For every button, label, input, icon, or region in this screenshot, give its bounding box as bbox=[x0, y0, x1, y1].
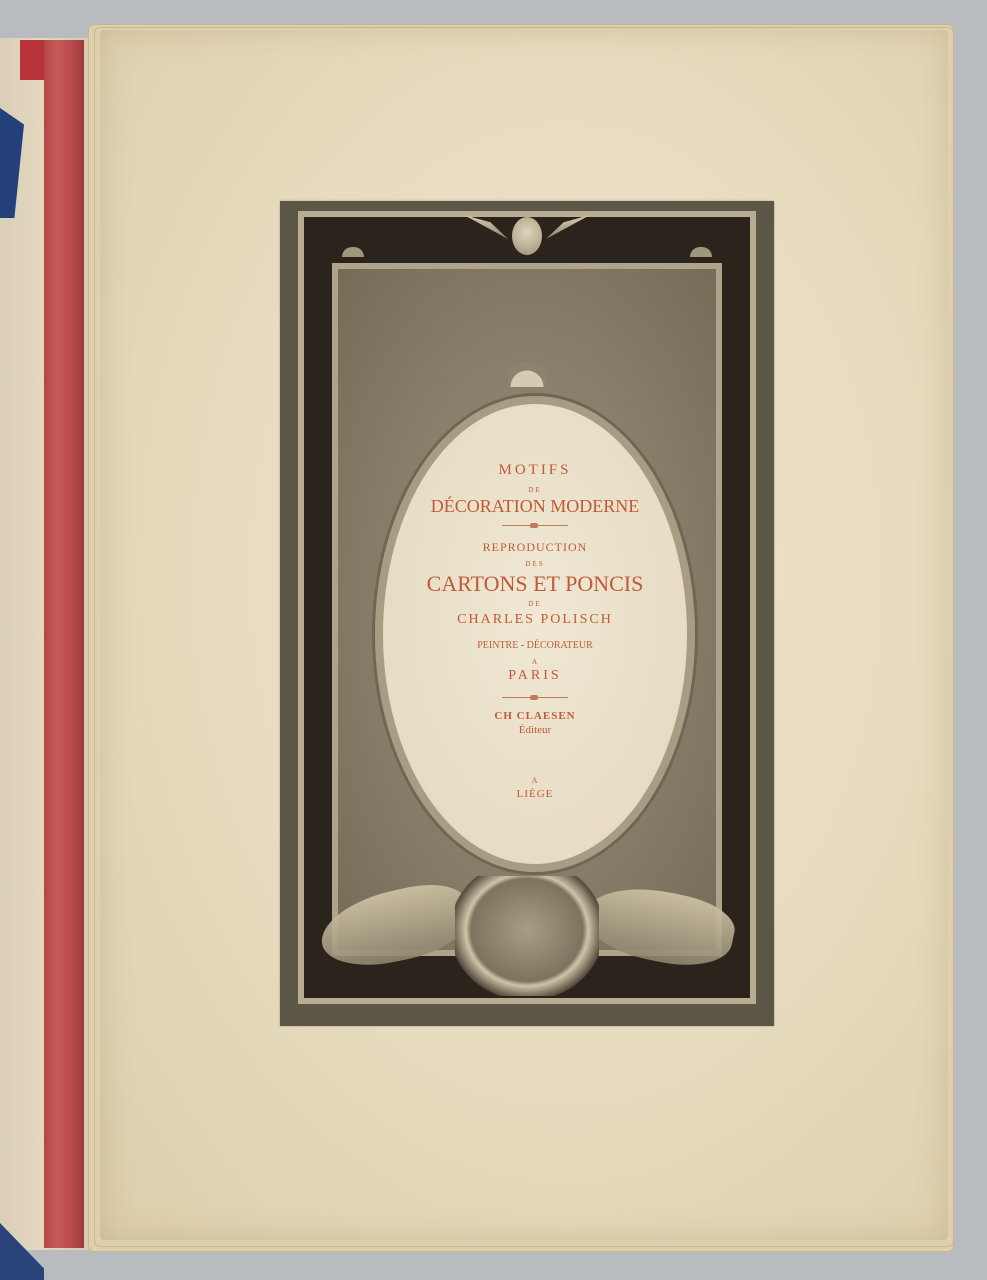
city-liege: LIÈGE bbox=[383, 788, 687, 800]
publisher-role: Éditeur bbox=[383, 724, 687, 736]
divider-rule-2 bbox=[502, 697, 568, 698]
title-oval: MOTIFS DE DÉCORATION MODERNE REPRODUCTIO… bbox=[375, 396, 695, 872]
divider-rule bbox=[502, 525, 568, 526]
author-profession: PEINTRE - DÉCORATEUR bbox=[383, 640, 687, 651]
city-paris: PARIS bbox=[383, 668, 687, 684]
title-text-block: MOTIFS DE DÉCORATION MODERNE REPRODUCTIO… bbox=[383, 404, 687, 864]
place-prefix: A bbox=[383, 776, 687, 785]
book-photo: MOTIFS DE DÉCORATION MODERNE REPRODUCTIO… bbox=[0, 0, 987, 1280]
publisher-name: CH CLAESEN bbox=[383, 710, 687, 722]
title-line-motifs: MOTIFS bbox=[383, 462, 687, 479]
winged-head-ornament bbox=[490, 211, 564, 291]
cover-blue-pattern-bottom bbox=[0, 1223, 44, 1280]
cartouche-ornament bbox=[455, 876, 599, 996]
cover-blue-pattern bbox=[0, 108, 24, 218]
title-line-cartons-et-poncis: CARTONS ET PONCIS bbox=[383, 571, 687, 597]
book-spine bbox=[44, 40, 84, 1248]
decorative-plate: MOTIFS DE DÉCORATION MODERNE REPRODUCTIO… bbox=[280, 201, 774, 1026]
title-line-de-2: DE bbox=[383, 600, 687, 608]
title-line-des: DES bbox=[383, 560, 687, 568]
title-line-a: A bbox=[383, 658, 687, 666]
face-ornament-icon bbox=[512, 217, 542, 255]
title-line-de: DE bbox=[383, 486, 687, 494]
author-name: CHARLES POLISCH bbox=[383, 612, 687, 628]
title-line-reproduction: REPRODUCTION bbox=[383, 540, 687, 555]
shell-ornament-icon bbox=[508, 351, 546, 387]
title-line-decoration-moderne: DÉCORATION MODERNE bbox=[383, 496, 687, 517]
